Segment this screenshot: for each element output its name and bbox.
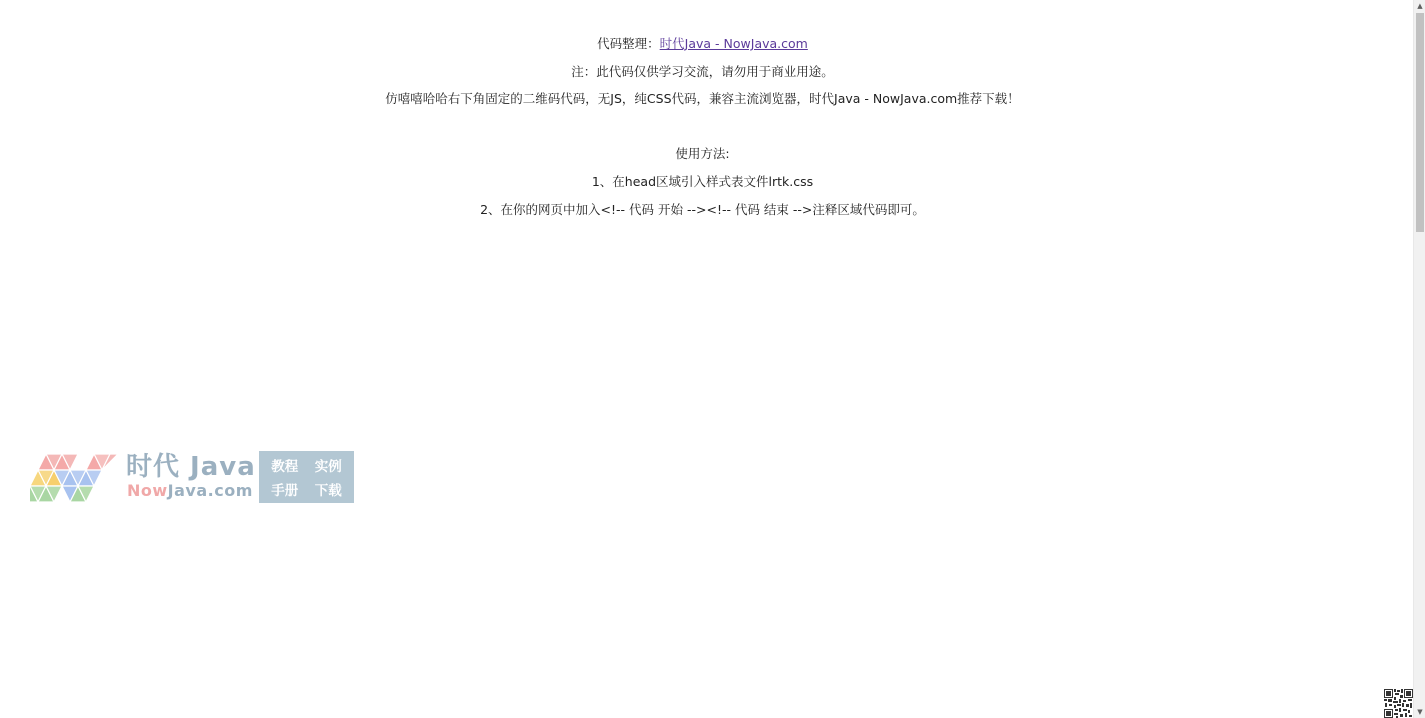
- credit-link[interactable]: 时代Java - NowJava.com: [660, 36, 808, 51]
- logo-now: Now: [127, 481, 168, 500]
- logo-link-examples[interactable]: 实例: [315, 455, 342, 475]
- main-content: 代码整理：时代Java - NowJava.com 注：此代码仅供学习交流，请勿…: [0, 35, 1405, 228]
- usage-step-2: 2、在你的网页中加入<!-- 代码 开始 --><!-- 代码 结束 -->注释…: [0, 201, 1405, 229]
- page: 代码整理：时代Java - NowJava.com 注：此代码仅供学习交流，请勿…: [0, 0, 1413, 718]
- qr-code-icon[interactable]: [1384, 689, 1413, 718]
- usage-step-1: 1、在head区域引入样式表文件lrtk.css: [0, 173, 1405, 201]
- logo-domain: Java.com: [168, 481, 253, 500]
- scroll-down-arrow-icon[interactable]: ▼: [1414, 706, 1425, 718]
- scroll-up-arrow-icon[interactable]: ▲: [1414, 0, 1425, 12]
- nowjava-logo[interactable]: 时代 Java NowJava.com 教程 实例 手册 下载: [30, 451, 360, 506]
- credit-line: 代码整理：时代Java - NowJava.com: [0, 35, 1405, 63]
- spacer: [0, 118, 1405, 146]
- logo-links-box: 教程 实例 手册 下载: [259, 451, 354, 503]
- logo-chinese-name: 时代 Java: [126, 451, 256, 483]
- vertical-scrollbar[interactable]: ▲ ▼: [1413, 0, 1425, 718]
- triangle-logo-icon: [30, 454, 122, 502]
- usage-note: 注：此代码仅供学习交流，请勿用于商业用途。: [0, 63, 1405, 91]
- credit-prefix: 代码整理：: [597, 36, 660, 51]
- logo-link-download[interactable]: 下载: [315, 479, 342, 499]
- scrollbar-thumb[interactable]: [1416, 13, 1424, 232]
- description: 仿嘻嘻哈哈右下角固定的二维码代码，无JS，纯CSS代码，兼容主流浏览器，时代Ja…: [0, 90, 1405, 118]
- logo-link-tutorial[interactable]: 教程: [271, 455, 298, 475]
- usage-title: 使用方法:: [0, 145, 1405, 173]
- logo-english-name: NowJava.com: [127, 481, 253, 501]
- logo-link-manual[interactable]: 手册: [271, 479, 298, 499]
